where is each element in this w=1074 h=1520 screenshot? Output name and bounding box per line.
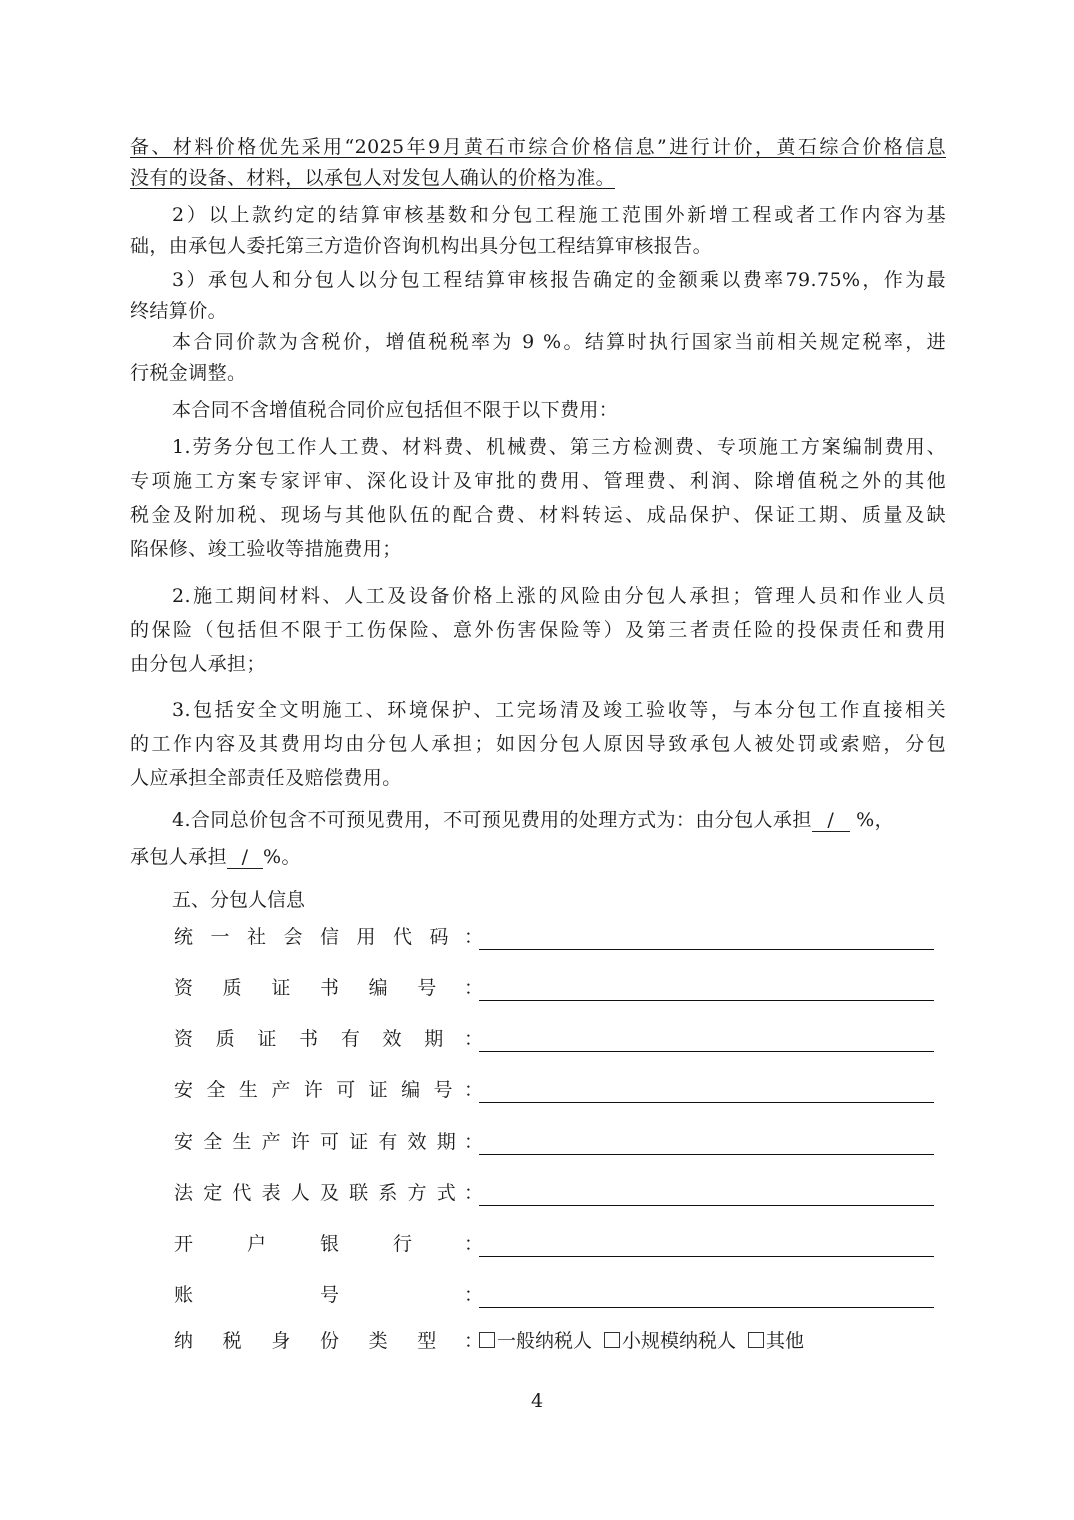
label-char: 期 <box>424 1024 443 1054</box>
label-char: 有 <box>378 1127 397 1157</box>
label-char: 一 <box>211 922 230 952</box>
label-char: 产 <box>271 1075 290 1105</box>
label-char: 安 <box>174 1075 193 1105</box>
item-3-line: 人应承担全部责任及赔偿费用。 <box>130 764 946 792</box>
field-row-legal-rep-contact: 法定代表人及联系方式： <box>174 1178 934 1208</box>
paragraph-line: 没有的设备、材料，以承包人对发包人确认的价格为准。 <box>130 164 946 192</box>
label-char: 份 <box>320 1326 339 1356</box>
label-char: 会 <box>284 922 303 952</box>
label-char: 联 <box>349 1178 368 1208</box>
label-char: 税 <box>223 1326 242 1356</box>
label-char: 资 <box>174 1024 193 1054</box>
label-char: 定 <box>203 1178 222 1208</box>
label-char: 户 <box>247 1229 266 1259</box>
label-char: 质 <box>216 1024 235 1054</box>
clause-3-line: 终结算价。 <box>130 297 946 325</box>
field-label: 开户银行 <box>174 1229 466 1259</box>
field-row-safety-license-number: 安全生产许可证编号： <box>174 1075 934 1105</box>
label-char: 行 <box>393 1229 412 1259</box>
field-label: 法定代表人及联系方式 <box>174 1178 466 1208</box>
tax-option-general-taxpayer[interactable]: 一般纳税人 <box>479 1330 592 1352</box>
item-4-line: 4.合同总价包含不可预见费用，不可预见费用的处理方式为：由分包人承担/ %， <box>172 806 946 834</box>
label-char: 式 <box>437 1178 456 1208</box>
item-4-text: %， <box>850 809 894 831</box>
label-char: 方 <box>408 1178 427 1208</box>
label-char: 码 <box>430 922 449 952</box>
label-char: 证 <box>271 973 290 1003</box>
document-page: 备、材料价格优先采用“2025年9月黄石市综合价格信息”进行计价，黄石综合价格信… <box>0 0 1074 1520</box>
label-char: 统 <box>174 922 193 952</box>
item-1-line: 1.劳务分包工作人工费、材料费、机械费、第三方检测费、专项施工方案编制费用、 <box>172 433 946 461</box>
tax-type-options: 一般纳税人小规模纳税人其他 <box>479 1326 816 1356</box>
field-row-account-number: 账号： <box>174 1280 934 1310</box>
label-char: 代 <box>232 1178 251 1208</box>
label-char: 产 <box>262 1127 281 1157</box>
section-title: 五、分包人信息 <box>172 886 305 914</box>
item-1-line: 专项施工方案专家评审、深化设计及审批的费用、管理费、利润、除增值税之外的其他 <box>130 467 946 495</box>
label-char: 及 <box>320 1178 339 1208</box>
label-char: 代 <box>393 922 412 952</box>
bank-name-input[interactable] <box>479 1229 934 1257</box>
label-char: 号 <box>434 1075 453 1105</box>
field-label: 账号 <box>174 1280 466 1310</box>
clause-2-line: 2）以上款约定的结算审核基数和分包工程施工范围外新增工程或者工作内容为基 <box>172 201 946 229</box>
legal-rep-contact-input[interactable] <box>479 1178 934 1206</box>
field-label: 安全生产许可证有效期 <box>174 1127 466 1157</box>
field-row-tax-type: 纳税身份类型：一般纳税人小规模纳税人其他 <box>174 1326 934 1356</box>
field-row-safety-license-validity: 安全生产许可证有效期： <box>174 1127 934 1157</box>
field-row-credit-code: 统一社会信用代码： <box>174 922 934 952</box>
checkbox-icon[interactable] <box>748 1332 764 1348</box>
credit-code-input[interactable] <box>479 922 934 950</box>
field-label: 统一社会信用代码 <box>174 922 466 952</box>
label-char: 开 <box>174 1229 193 1259</box>
item-3-line: 3.包括安全文明施工、环境保护、工完场清及竣工验收等，与本分包工作直接相关 <box>172 696 946 724</box>
label-char: 证 <box>369 1075 388 1105</box>
label-char: 可 <box>320 1127 339 1157</box>
label-char: 全 <box>203 1127 222 1157</box>
tax-option-other[interactable]: 其他 <box>748 1330 804 1352</box>
paragraph-line: 备、材料价格优先采用“2025年9月黄石市综合价格信息”进行计价，黄石综合价格信… <box>130 133 946 161</box>
label-char: 用 <box>357 922 376 952</box>
label-char: 效 <box>383 1024 402 1054</box>
option-label: 小规模纳税人 <box>622 1330 736 1352</box>
label-char: 表 <box>262 1178 281 1208</box>
label-char: 身 <box>271 1326 290 1356</box>
tax-paragraph-line: 行税金调整。 <box>130 359 946 387</box>
label-char: 编 <box>401 1075 420 1105</box>
label-char: 生 <box>239 1075 258 1105</box>
label-char: 质 <box>223 973 242 1003</box>
label-char: 资 <box>174 973 193 1003</box>
label-char: 信 <box>320 922 339 952</box>
field-row-bank-name: 开户银行： <box>174 1229 934 1259</box>
field-row-qualification-cert-validity: 资质证书有效期： <box>174 1024 934 1054</box>
cost-intro-line: 本合同不含增值税合同价应包括但不限于以下费用： <box>172 396 946 424</box>
safety-license-number-input[interactable] <box>479 1075 934 1103</box>
label-char: 安 <box>174 1127 193 1157</box>
field-label: 资质证书编号 <box>174 973 466 1003</box>
field-label: 纳税身份类型 <box>174 1326 466 1356</box>
label-char: 号 <box>417 973 436 1003</box>
checkbox-icon[interactable] <box>479 1332 495 1348</box>
item-2-line: 2.施工期间材料、人工及设备价格上涨的风险由分包人承担；管理人员和作业人员 <box>172 582 946 610</box>
label-char: 效 <box>408 1127 427 1157</box>
item-3-line: 的工作内容及其费用均由分包人承担；如因分包人原因导致承包人被处罚或索赔，分包 <box>130 730 946 758</box>
label-char: 书 <box>320 973 339 1003</box>
label-char: 全 <box>206 1075 225 1105</box>
field-label: 资质证书有效期 <box>174 1024 466 1054</box>
label-char: 型 <box>417 1326 436 1356</box>
contractor-share-blank[interactable]: / <box>227 846 263 869</box>
label-char: 人 <box>291 1178 310 1208</box>
item-4-line: 承包人承担/%。 <box>130 843 946 871</box>
subcontractor-share-blank[interactable]: / <box>812 809 850 832</box>
clause-3-line: 3）承包人和分包人以分包工程结算审核报告确定的金额乘以费率79.75%，作为最 <box>172 266 946 294</box>
label-char: 生 <box>232 1127 251 1157</box>
label-char: 许 <box>304 1075 323 1105</box>
account-number-input[interactable] <box>479 1280 934 1308</box>
checkbox-icon[interactable] <box>604 1332 620 1348</box>
page-number: 4 <box>0 1390 1074 1412</box>
label-char: 银 <box>320 1229 339 1259</box>
label-char: 期 <box>437 1127 456 1157</box>
label-char: 类 <box>369 1326 388 1356</box>
label-char: 书 <box>299 1024 318 1054</box>
tax-paragraph-line: 本合同价款为含税价，增值税税率为 9 %。结算时执行国家当前相关规定税率，进 <box>172 328 946 356</box>
label-char: 证 <box>257 1024 276 1054</box>
label-char: 编 <box>369 973 388 1003</box>
label-char: 号 <box>320 1280 339 1310</box>
field-row-qualification-cert-number: 资质证书编号： <box>174 973 934 1003</box>
item-2-line: 的保险（包括但不限于工伤保险、意外伤害保险等）及第三者责任险的投保责任和费用 <box>130 616 946 644</box>
item-4-text: 承包人承担 <box>130 846 227 868</box>
tax-option-small-scale-taxpayer[interactable]: 小规模纳税人 <box>604 1330 736 1352</box>
label-char: 纳 <box>174 1326 193 1356</box>
label-char: 许 <box>291 1127 310 1157</box>
item-4-text: %。 <box>263 846 301 868</box>
item-1-line: 税金及附加税、现场与其他队伍的配合费、材料转运、成品保护、保证工期、质量及缺 <box>130 501 946 529</box>
qualification-cert-number-input[interactable] <box>479 973 934 1001</box>
option-label: 其他 <box>766 1330 804 1352</box>
label-char: 可 <box>336 1075 355 1105</box>
label-char: 账 <box>174 1280 193 1310</box>
label-char: 法 <box>174 1178 193 1208</box>
label-char: 有 <box>341 1024 360 1054</box>
item-2-line: 由分包人承担； <box>130 650 946 678</box>
safety-license-validity-input[interactable] <box>479 1127 934 1155</box>
label-char: 系 <box>378 1178 397 1208</box>
item-1-line: 陷保修、竣工验收等措施费用； <box>130 535 946 563</box>
item-4-text: 4.合同总价包含不可预见费用，不可预见费用的处理方式为：由分包人承担 <box>172 809 812 831</box>
label-char: 社 <box>247 922 266 952</box>
option-label: 一般纳税人 <box>497 1330 592 1352</box>
field-label: 安全生产许可证编号 <box>174 1075 466 1105</box>
label-char: 证 <box>349 1127 368 1157</box>
qualification-cert-validity-input[interactable] <box>479 1024 934 1052</box>
clause-2-line: 础，由承包人委托第三方造价咨询机构出具分包工程结算审核报告。 <box>130 232 946 260</box>
